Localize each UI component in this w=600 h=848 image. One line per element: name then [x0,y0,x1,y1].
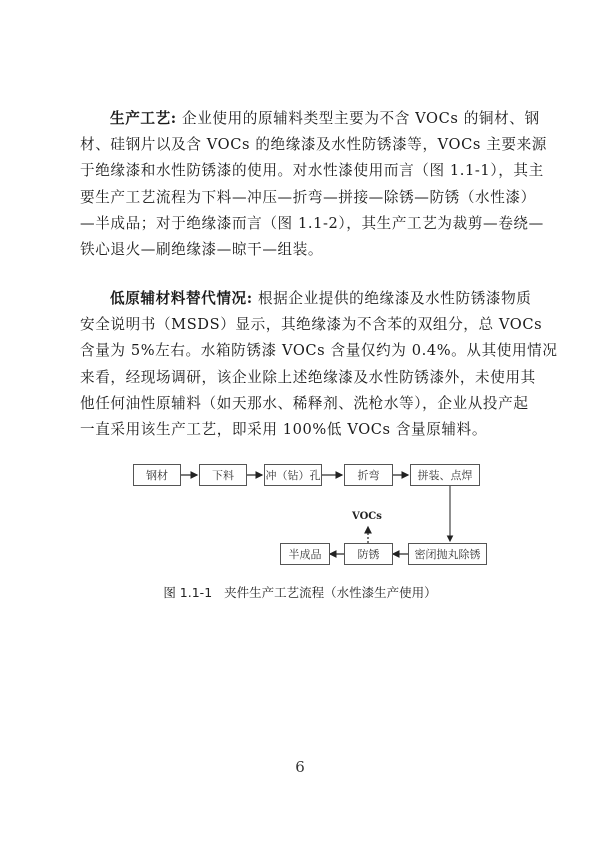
vocs-emission-label: VOCs [352,511,382,522]
text-line: 生产工艺: 企业使用的原辅料类型主要为不含 VOCs 的铜材、钢 [80,106,520,132]
flow-step-blanking: 下料 [199,464,247,486]
flow-step-anti-rust: 防锈 [344,543,393,565]
text-line: 一直采用该生产工艺，即采用 100%低 VOCs 含量原辅料。 [80,417,520,443]
text-line: —半成品；对于绝缘漆而言（图 1.1-2），其生产工艺为裁剪—卷绕— [80,211,520,237]
paragraph-material-substitution: 低原辅材料替代情况: 根据企业提供的绝缘漆及水性防锈漆物质 安全说明书（MSDS… [80,286,520,443]
flow-step-punching: 冲（钻）孔 [264,464,322,486]
figure-number: 图 1.1-1 [163,585,212,600]
text-line: 安全说明书（MSDS）显示，其绝缘漆为不含苯的双组分，总 VOCs [80,312,520,338]
section-lead-material-substitution: 低原辅材料替代情况: [110,290,253,307]
flow-step-steel: 钢材 [133,464,181,486]
flow-step-semi-finished: 半成品 [280,543,330,565]
figure-caption: 图 1.1-1夹件生产工艺流程（水性漆生产使用） [0,583,600,601]
flow-step-bending: 折弯 [344,464,393,486]
flow-step-assembly-welding: 拼装、点焊 [410,464,480,486]
flow-step-shot-blasting: 密闭抛丸除锈 [408,543,487,565]
text-line: 来看，经现场调研，该企业除上述绝缘漆及水性防锈漆外，未使用其 [80,365,520,391]
text-line: 要生产工艺流程为下料—冲压—折弯—拼接—除锈—防锈（水性漆） [80,185,520,211]
figure-title: 夹件生产工艺流程（水性漆生产使用） [224,585,437,600]
section-lead-production-process: 生产工艺: [110,110,177,127]
text-line: 低原辅材料替代情况: 根据企业提供的绝缘漆及水性防锈漆物质 [80,286,520,312]
text-line: 材、硅钢片以及含 VOCs 的绝缘漆及水性防锈漆等，VOCs 主要来源 [80,132,520,158]
text-line: 于绝缘漆和水性防锈漆的使用。对水性漆使用而言（图 1.1-1），其主 [80,158,520,184]
text-line: 铁心退火—刷绝缘漆—晾干—组装。 [80,237,520,263]
page-number: 6 [0,758,600,776]
text-line: 他任何油性原辅料（如天那水、稀释剂、洗枪水等），企业从投产起 [80,391,520,417]
paragraph-production-process: 生产工艺: 企业使用的原辅料类型主要为不含 VOCs 的铜材、钢 材、硅钢片以及… [80,106,520,263]
text-line: 含量为 5%左右。水箱防锈漆 VOCs 含量仅约为 0.4%。从其使用情况 [80,338,520,364]
